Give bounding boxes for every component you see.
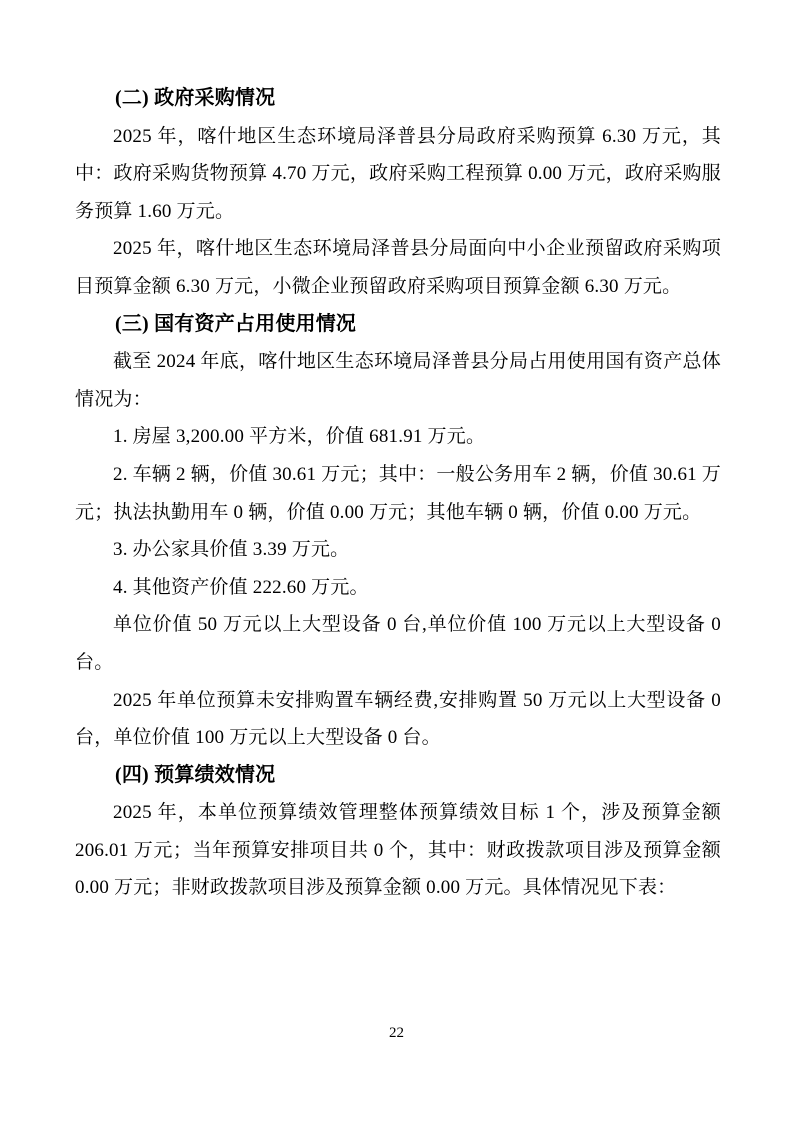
- section-heading-budget-performance: (四) 预算绩效情况: [75, 757, 721, 795]
- paragraph-performance-targets: 2025 年，本单位预算绩效管理整体预算绩效目标 1 个，涉及预算金额 206.…: [75, 794, 721, 907]
- document-content: (二) 政府采购情况 2025 年，喀什地区生态环境局泽普县分局政府采购预算 6…: [75, 80, 721, 907]
- paragraph-assets-furniture: 3. 办公家具价值 3.39 万元。: [75, 531, 721, 569]
- paragraph-procurement-budget: 2025 年，喀什地区生态环境局泽普县分局政府采购预算 6.30 万元，其中：政…: [75, 118, 721, 231]
- section-heading-government-procurement: (二) 政府采购情况: [75, 80, 721, 118]
- document-page: (二) 政府采购情况 2025 年，喀什地区生态环境局泽普县分局政府采购预算 6…: [0, 0, 793, 1122]
- paragraph-assets-other: 4. 其他资产价值 222.60 万元。: [75, 569, 721, 607]
- paragraph-procurement-sme-reserve: 2025 年，喀什地区生态环境局泽普县分局面向中小企业预留政府采购项目预算金额 …: [75, 230, 721, 305]
- page-number: 22: [0, 1023, 793, 1043]
- paragraph-assets-purchase-plan: 2025 年单位预算未安排购置车辆经费,安排购置 50 万元以上大型设备 0 台…: [75, 682, 721, 757]
- paragraph-assets-overview: 截至 2024 年底，喀什地区生态环境局泽普县分局占用使用国有资产总体情况为：: [75, 343, 721, 418]
- paragraph-assets-equipment: 单位价值 50 万元以上大型设备 0 台,单位价值 100 万元以上大型设备 0…: [75, 606, 721, 681]
- paragraph-assets-vehicles: 2. 车辆 2 辆，价值 30.61 万元；其中：一般公务用车 2 辆，价值 3…: [75, 456, 721, 531]
- paragraph-assets-housing: 1. 房屋 3,200.00 平方米，价值 681.91 万元。: [75, 418, 721, 456]
- section-heading-state-assets: (三) 国有资产占用使用情况: [75, 306, 721, 344]
